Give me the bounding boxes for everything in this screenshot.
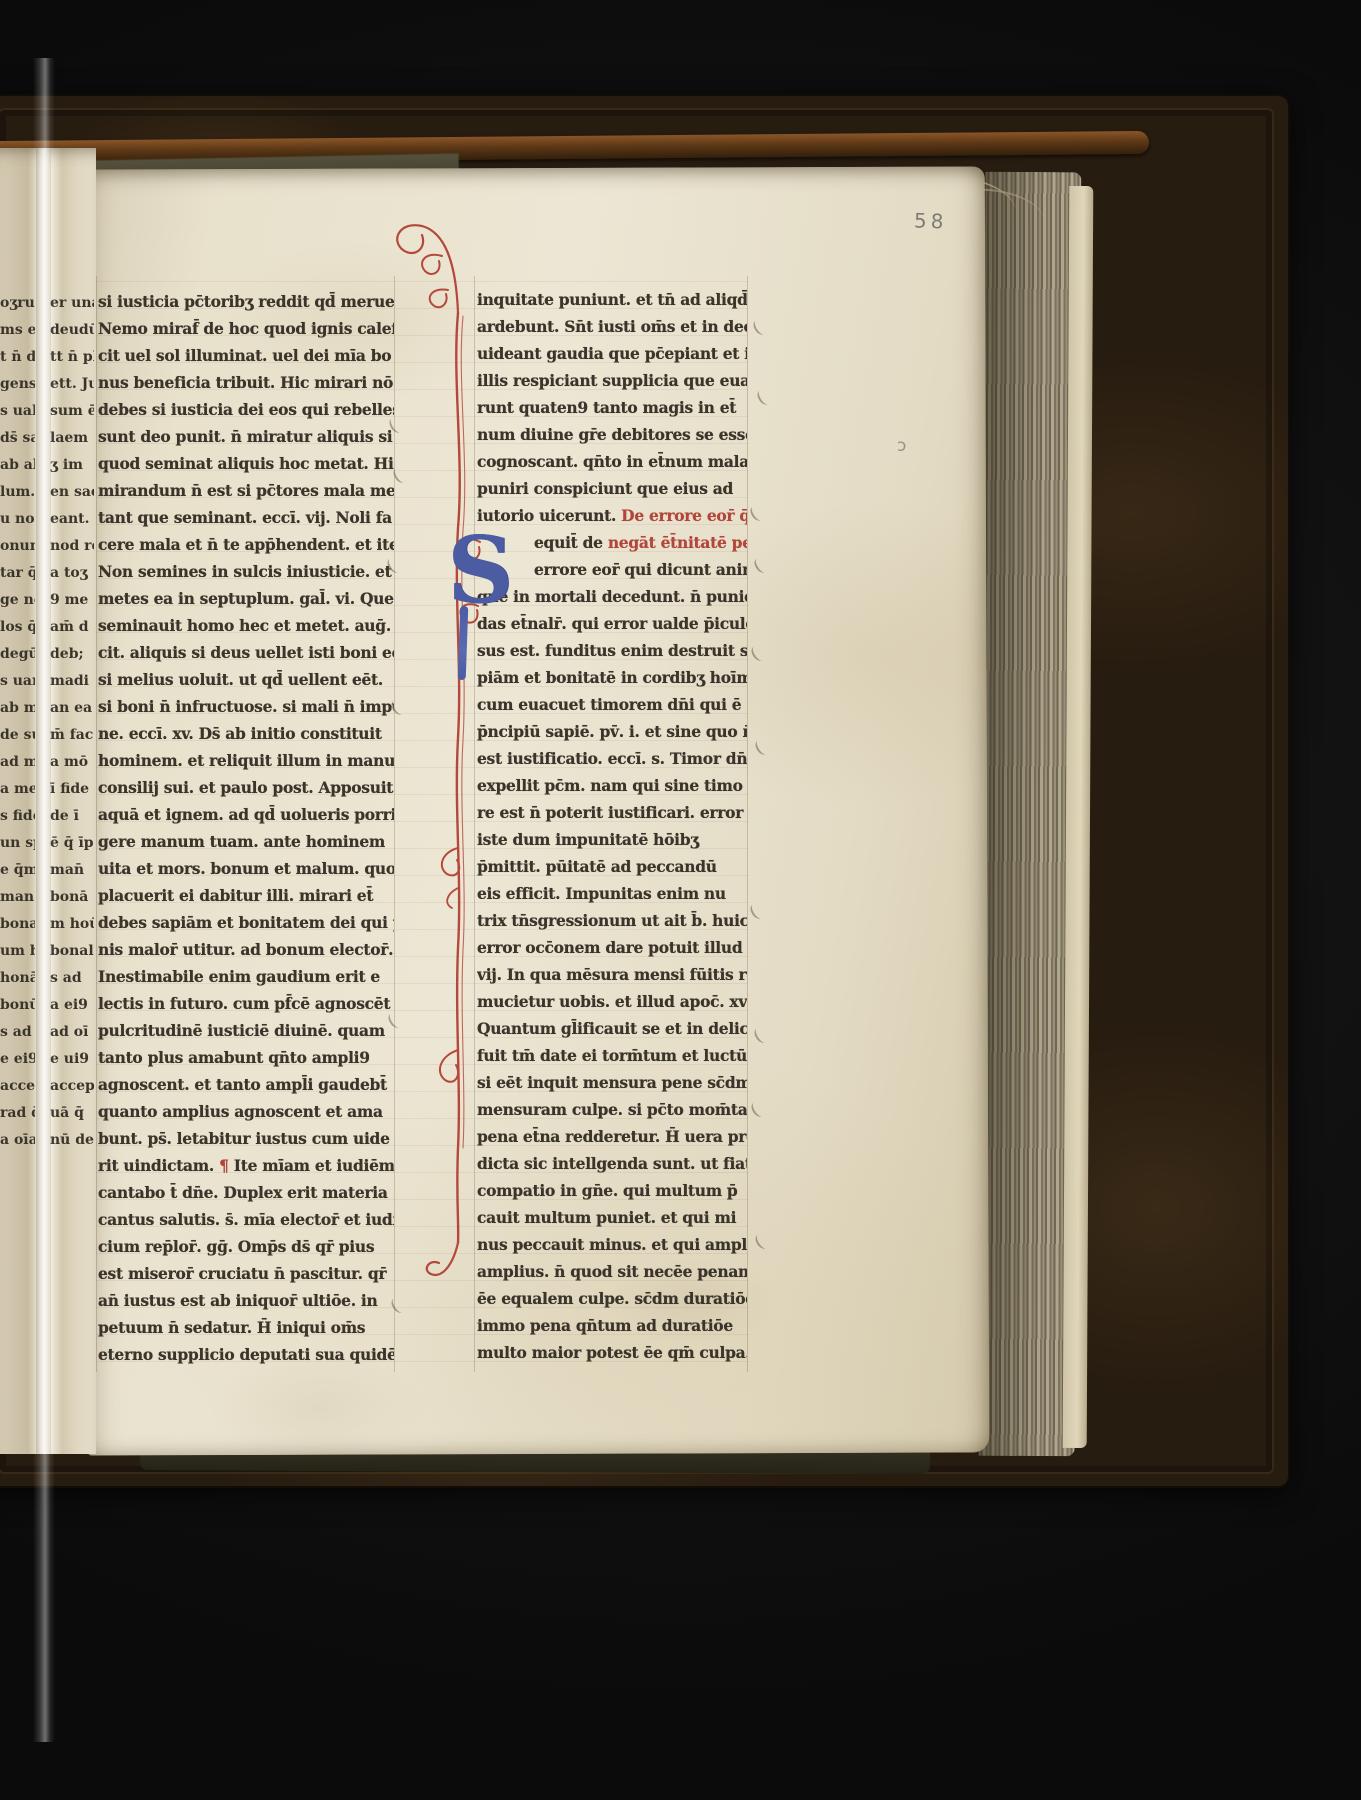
margin-pencil-mark: ɔ [897, 436, 906, 456]
text-line: madi [50, 668, 94, 695]
text-line: si iusticia pc̄toribʒ reddit qd̄ meruert… [98, 288, 394, 315]
text-line: tar q̄ [0, 560, 35, 587]
text-line: aquā et ignem. ad qd̄ uolueris porri [98, 801, 394, 828]
text-line: e ui9 [50, 1046, 94, 1073]
text-line: laem [50, 425, 94, 452]
ruling-line-vertical [747, 276, 748, 1372]
text-line: multo maior potest ēe qm̄ culpa. sc̄ [477, 1339, 747, 1366]
text-line: s uald [0, 398, 35, 425]
text-line: sunt deo punit. n̄ miratur aliquis si [98, 423, 394, 450]
text-line: rit uindictam. ¶ Ite mīam et iudiēm [98, 1152, 394, 1179]
text-line: lectis in futuro. cum pf̄cē agnoscēt [98, 990, 394, 1017]
text-line: 9 me [50, 587, 94, 614]
text-line: bunt. ps̄. letabitur iustus cum uide [98, 1125, 394, 1152]
text-line: agnoscent. et tanto ampl̄i gaudebt̄ [98, 1071, 394, 1098]
text-line: ad oī [50, 1019, 94, 1046]
text-line: an̄ iustus est ab iniquor̄ ultiōe. in [98, 1287, 394, 1314]
text-line: a mō [50, 749, 94, 776]
text-line: ab mō [0, 695, 35, 722]
text-line: tanto plus amabunt qn̄to ampli9 [98, 1044, 394, 1071]
illuminated-initial: S [447, 524, 513, 616]
text-line: nis malor̄ utitur. ad bonum elector̄. [98, 936, 394, 963]
text-line: nod ro [50, 533, 94, 560]
text-line: ne. eccī. xv. Ds̄ ab initio constituit [98, 720, 394, 747]
glass-reflection [33, 58, 55, 1742]
text-line: oʒru [0, 290, 35, 317]
text-line: uita et mors. bonum et malum. quod [98, 855, 394, 882]
text-line: s uam [0, 668, 35, 695]
text-line: s ad [0, 1019, 35, 1046]
text-line: cit uel sol illuminat. uel dei mīa bo [98, 342, 394, 369]
text-line: debes sapiām et bonitatem dei qui pe [98, 909, 394, 936]
text-line: Nemo miraf̄ de hoc quod ignis calefa [98, 315, 394, 342]
text-line: an ea [50, 695, 94, 722]
text-line: onum [0, 533, 35, 560]
text-column-left: si iusticia pc̄toribʒ reddit qd̄ meruert… [98, 288, 394, 1368]
text-line: s fide [0, 803, 35, 830]
text-line: man̄ [50, 857, 94, 884]
text-line: ī fide [50, 776, 94, 803]
text-line: e q̄m [0, 857, 35, 884]
text-line: s ad [50, 965, 94, 992]
edge-fragments: er unadeudūtt n̄ plett. Jusum ēlaemʒ ime… [50, 290, 94, 1154]
text-line: eterno supplicio deputati sua quidē [98, 1341, 394, 1368]
text-line: placuerit ei dabitur illi. mirari et̄ [98, 882, 394, 909]
text-line: acce [0, 1073, 35, 1100]
text-line: ds̄ sab [0, 425, 35, 452]
text-line: consilij sui. et paulo post. Apposuit t̄ [98, 774, 394, 801]
text-line: gens [0, 371, 35, 398]
body-text: rit uindictam. [98, 1156, 219, 1175]
text-line: a mea [0, 776, 35, 803]
photo-backdrop: 58 ɔ si iusticia pc̄toribʒ reddit qd̄ me… [0, 0, 1361, 1800]
text-line: accep [50, 1073, 94, 1100]
text-line: bonā [50, 884, 94, 911]
text-line: si melius uoluit. ut qd̄ uellent eēt. [98, 666, 394, 693]
text-line: deb; [50, 641, 94, 668]
text-line: ab ali [0, 452, 35, 479]
ruling-line-vertical [96, 276, 97, 1372]
text-line: seminauit homo hec et metet. auḡ. di [98, 612, 394, 639]
text-line: deudū [50, 317, 94, 344]
text-line: gere manum tuam. ante hominem [98, 828, 394, 855]
text-line: un sp̄ [0, 830, 35, 857]
rubric-text: ¶ [219, 1156, 234, 1175]
body-text: equit̄ de [534, 533, 608, 552]
text-line: Non semines in sulcis iniusticie. et nō [98, 558, 394, 585]
text-line: hominem. et reliquit illum in manu [98, 747, 394, 774]
text-line: Inestimabile enim gaudium erit e [98, 963, 394, 990]
text-line: de su [0, 722, 35, 749]
text-line: t n̄ de [0, 344, 35, 371]
text-line: pulcritudinē iusticiē diuinē. quam [98, 1017, 394, 1044]
text-line: los q̄ [0, 614, 35, 641]
text-line: eant. O [50, 506, 94, 533]
text-line: petuum n̄ sedatur. H̄ iniqui om̄s [98, 1314, 394, 1341]
text-line: bonal [50, 938, 94, 965]
text-line: mirandum n̄ est si pc̄tores mala me [98, 477, 394, 504]
text-line: ms e [0, 317, 35, 344]
red-pen-flourish [382, 198, 532, 1318]
text-line: de ī [50, 803, 94, 830]
text-line: honā [0, 965, 35, 992]
text-line: ad me [0, 749, 35, 776]
text-line: tant que seminant. eccī. vij. Noli fa [98, 504, 394, 531]
text-line: cantabo t̄ dn̄e. Duplex erit materia [98, 1179, 394, 1206]
text-line: a oīa [0, 1127, 35, 1154]
text-line: er una [50, 290, 94, 317]
text-line: uā q̄ [50, 1100, 94, 1127]
text-line: bonū [0, 992, 35, 1019]
text-line: nus beneficia tribuit. Hic mirari nō [98, 369, 394, 396]
text-line: ʒ im [50, 452, 94, 479]
text-line: a ei9 [50, 992, 94, 1019]
text-line: m hoū [50, 911, 94, 938]
rubric-text: De errore eor̄ q̄ [621, 506, 747, 525]
text-line: rad q̄ [0, 1100, 35, 1127]
text-line: nū de [50, 1127, 94, 1154]
text-line: sum ē [50, 398, 94, 425]
text-line: cantus salutis. s̄. mīa elector̄ et iudi [98, 1206, 394, 1233]
text-line: quod seminat aliquis hoc metat. Hic [98, 450, 394, 477]
text-line: am̄ d [50, 614, 94, 641]
text-line: man. [0, 884, 35, 911]
text-line: u nou [0, 506, 35, 533]
text-line: ē q̄ īp [50, 830, 94, 857]
edge-fragments: oʒrums et n̄ degenss ualdds̄ sabab alilu… [0, 290, 35, 1154]
text-line: ett. Ju [50, 371, 94, 398]
text-line: si boni n̄ infructuose. si mali n̄ impu [98, 693, 394, 720]
text-line: lum. [0, 479, 35, 506]
text-line: a toʒ [50, 560, 94, 587]
text-line: tt n̄ pl [50, 344, 94, 371]
text-line: cium rep̄lor̄. gḡ. Omp̄s ds̄ qr̄ pius [98, 1233, 394, 1260]
text-line: quanto amplius agnoscent et ama [98, 1098, 394, 1125]
text-line: metes ea in septuplum. gal̄. vi. Que [98, 585, 394, 612]
text-line: degū [0, 641, 35, 668]
body-text: Ite mīam et iudiēm [234, 1156, 394, 1175]
text-line: m̄ fac [50, 722, 94, 749]
folio-number: 58 [914, 209, 948, 232]
text-line: e ei9 [0, 1046, 35, 1073]
text-line: ge no [0, 587, 35, 614]
text-line: um b [0, 938, 35, 965]
text-line: cere mala et n̄ te app̄hendent. et iteru… [98, 531, 394, 558]
text-line: debes si iusticia dei eos qui rebelles [98, 396, 394, 423]
text-line: bona [0, 911, 35, 938]
text-line: cit. aliquis si deus uellet isti boni eē… [98, 639, 394, 666]
rubric-text: negāt ēt̄nitatē pene futr̄ [608, 533, 747, 552]
text-line: en sac [50, 479, 94, 506]
text-line: est miseror̄ cruciatu n̄ pascitur. qr̄ [98, 1260, 394, 1287]
